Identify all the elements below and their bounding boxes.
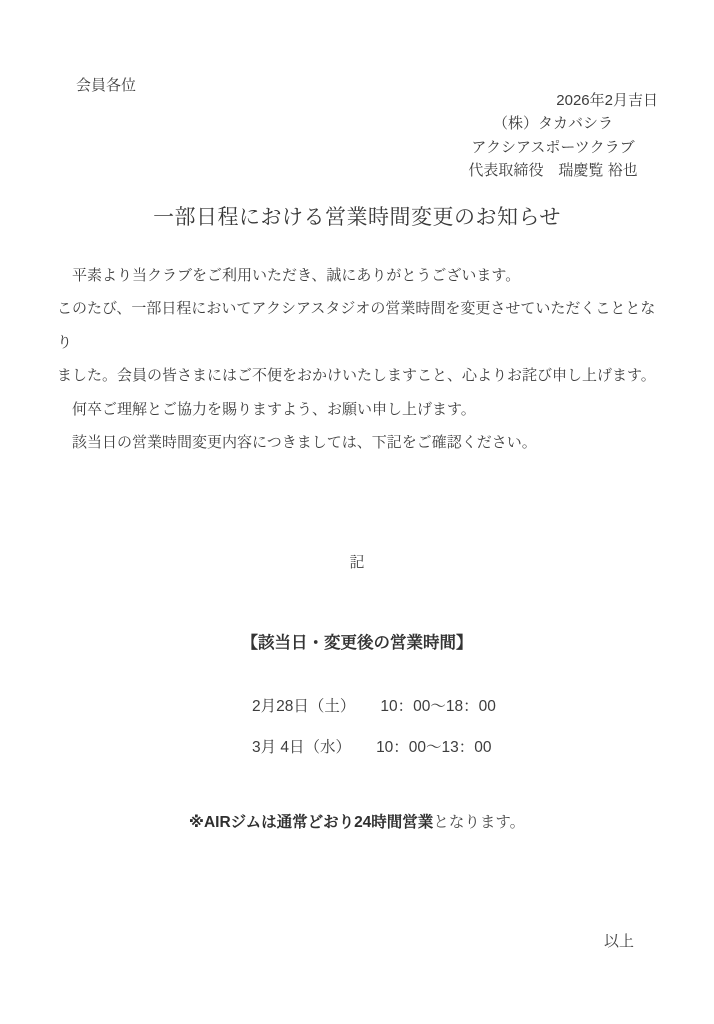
note-line: ※AIRジムは通常どおり24時間営業となります。 [0, 810, 714, 832]
addressee: 会員各位 [76, 74, 136, 95]
sender-club: アクシアスポーツクラブ [403, 136, 703, 160]
notice-document: 会員各位 2026年2月吉日 （株）タカバシラ アクシアスポーツクラブ 代表取締… [0, 0, 714, 1024]
schedule-hours: 10：00～18：00 [380, 697, 495, 716]
sender-company: （株）タカバシラ [403, 112, 703, 136]
schedule-row: 2月28日（土） 10：00～18：00 [252, 697, 496, 716]
schedule-date: 3月 4日（水） [252, 738, 351, 757]
schedule-hours: 10：00～13：00 [376, 738, 491, 757]
closing-marker: 以上 [604, 930, 634, 951]
page-title: 一部日程における営業時間変更のお知らせ [0, 201, 714, 231]
note-emphasis: ※AIRジムは通常どおり24時間営業 [189, 814, 433, 831]
section-heading: 【該当日・変更後の営業時間】 [0, 629, 714, 653]
body-text: 平素より当クラブをご利用いただき、誠にありがとうございます。 このたび、一部日程… [57, 259, 665, 459]
schedule-row: 3月 4日（水） 10：00～13：00 [252, 738, 496, 757]
issue-date: 2026年2月吉日 [556, 89, 658, 110]
sender-representative: 代表取締役 瑞慶覧 裕也 [403, 159, 703, 183]
record-marker: 記 [0, 551, 714, 572]
schedule-date: 2月28日（土） [252, 697, 355, 716]
sender-block: （株）タカバシラ アクシアスポーツクラブ 代表取締役 瑞慶覧 裕也 [403, 112, 703, 183]
note-rest: となります。 [433, 814, 525, 831]
schedule-list: 2月28日（土） 10：00～18：00 3月 4日（水） 10：00～13：0… [252, 697, 496, 779]
